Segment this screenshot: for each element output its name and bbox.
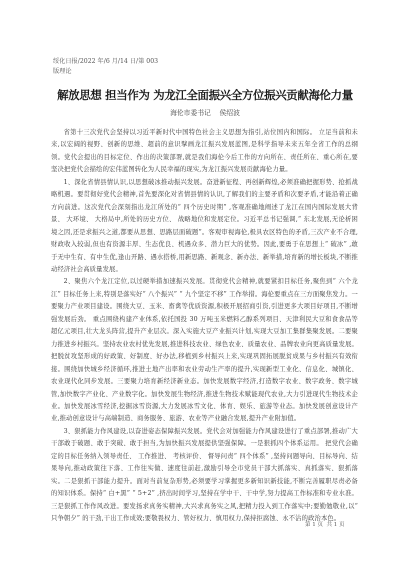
paragraph-section-3: 3、狠抓能力作风建设,以奋进姿态保障振兴发展。党代会对加强能力作风建设进行了重点… — [51, 426, 358, 526]
article-author: 海伦市委书记 侯绍波 — [40, 108, 370, 118]
article-title: 解放思想 担当作为 为龙江全面振兴全方位振兴贡献海伦力量 — [40, 88, 370, 102]
source-line: 绥化日报/2022 年/6 月/14 日/第 003 — [53, 57, 158, 67]
publication-info: 绥化日报/2022 年/6 月/14 日/第 003 版理论 — [53, 57, 158, 77]
section-line: 版理论 — [53, 67, 158, 77]
document-page: 绥化日报/2022 年/6 月/14 日/第 003 版理论 解放思想 担当作为… — [0, 0, 410, 580]
article-body: 省第十三次党代会坚持以习近平新时代中国特色社会主义思想为指引,站位国内和国际。 … — [51, 127, 358, 526]
paragraph-section-1: 1、深化省情县情认识,以思想破冰推动振兴发展。奋进新征程、再创新辉煌,必须准确把… — [51, 177, 358, 277]
paragraph-intro: 省第十三次党代会坚持以习近平新时代中国特色社会主义思想为指引,站位国内和国际。 … — [51, 127, 358, 177]
paragraph-section-2: 2、聚焦六个龙江定位,以过硬举措加速振兴发展。贯彻党代会精神,就要紧扣目标任务,… — [51, 276, 358, 425]
page-indicator: 第 1 页 共 1 页 — [305, 521, 345, 529]
